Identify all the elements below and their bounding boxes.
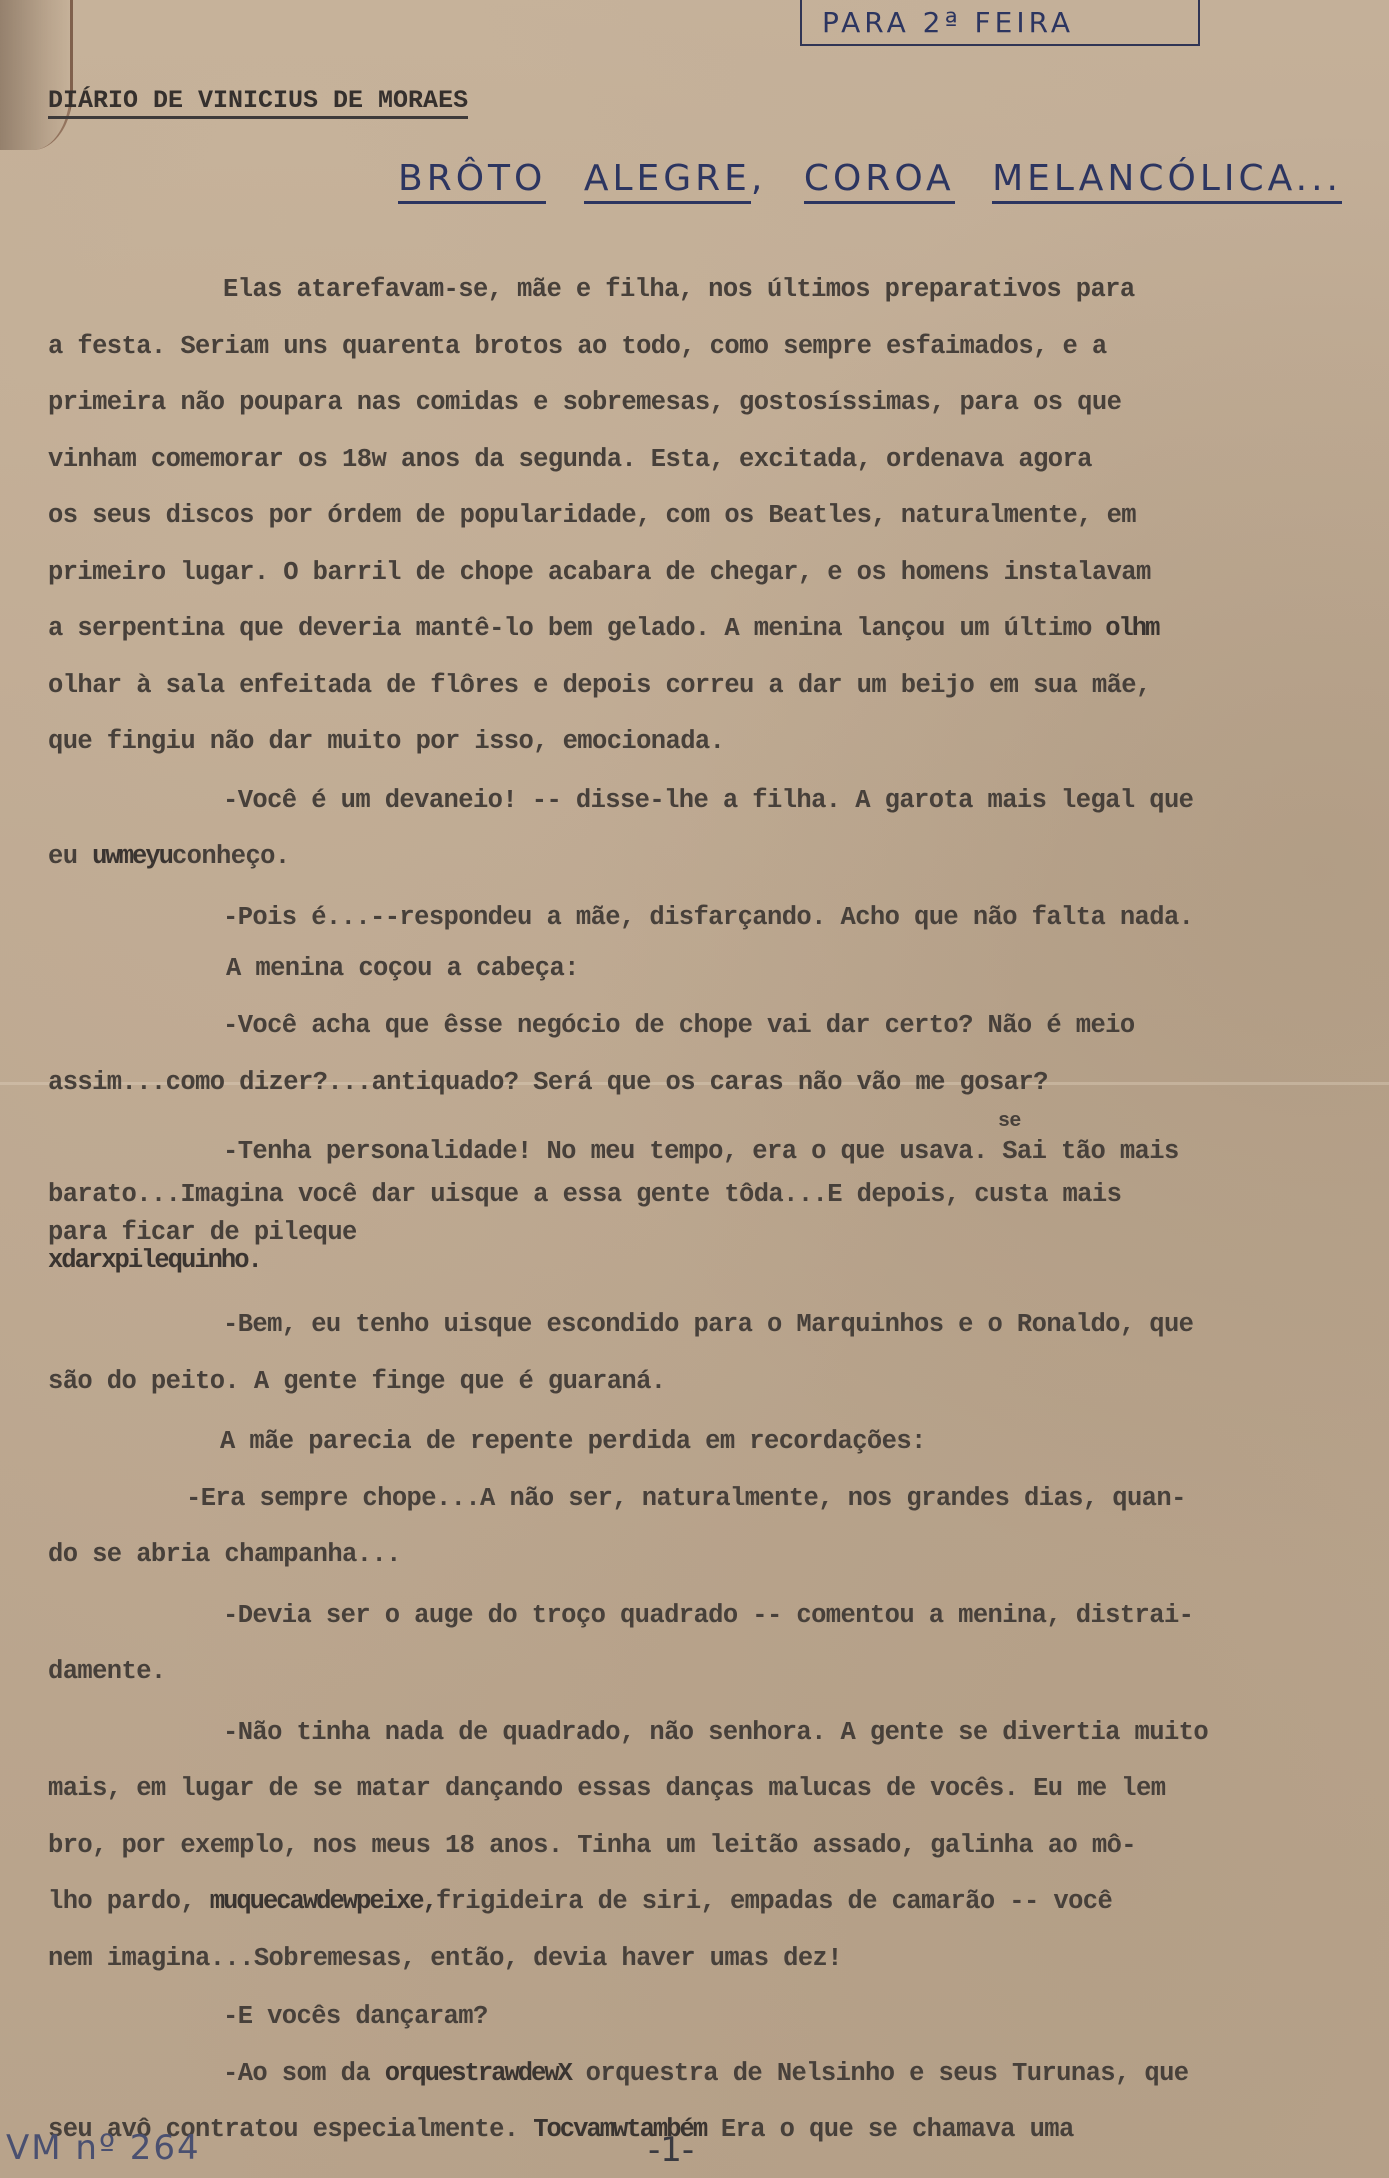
text-line: -Devia ser o auge do troço quadrado -- c…: [48, 1588, 1368, 1645]
text-line: primeira não poupara nas comidas e sobre…: [48, 375, 1368, 432]
text-line: -E vocês dançaram?: [48, 1989, 1368, 2046]
text-line: A menina coçou a cabeça:: [48, 946, 1368, 992]
headline-word: BRÔTO: [398, 158, 546, 204]
text-line: do se abria champanha...: [48, 1527, 1368, 1584]
text-line: que fingiu não dar muito por isso, emoci…: [48, 714, 1368, 771]
text-line: assim...como dizer?...antiquado? Será qu…: [48, 1055, 1368, 1112]
struck-out-text: orquestrawdewX: [385, 2059, 571, 2088]
struck-out-text: uwmeyu: [92, 842, 172, 871]
text-segment: lho pardo,: [48, 1887, 210, 1916]
text-line: primeiro lugar. O barril de chope acabar…: [48, 545, 1368, 602]
text-line: seu avô contratou especialmente. Tocvamw…: [48, 2102, 1368, 2159]
text-segment: conheço.: [172, 842, 290, 871]
struck-out-text: muquecawdewpeixe,: [210, 1887, 436, 1916]
text-line: os seus discos por órdem de popularidade…: [48, 488, 1368, 545]
text-line: -Ao som da orquestrawdewX orquestra de N…: [48, 2046, 1368, 2103]
text-line: -Você é um devaneio! -- disse-lhe a filh…: [48, 773, 1368, 830]
typewritten-manuscript-page: PARA 2ª FEIRA DIÁRIO DE VINICIUS DE MORA…: [0, 0, 1389, 2178]
text-line: nem imagina...Sobremesas, então, devia h…: [48, 1931, 1368, 1988]
text-line: vinham comemorar os 18w anos da segunda.…: [48, 432, 1368, 489]
text-line: olhar à sala enfeitada de flôres e depoi…: [48, 658, 1368, 715]
page-number: -1-: [648, 2130, 694, 2170]
text-line: eu uwmeyuconheço.: [48, 829, 1368, 886]
text-line: a festa. Seriam uns quarenta brotos ao t…: [48, 319, 1368, 376]
text-line: -Não tinha nada de quadrado, não senhora…: [48, 1705, 1368, 1762]
text-line: bro, por exemplo, nos meus 18 anos. Tinh…: [48, 1818, 1368, 1875]
text-line: mais, em lugar de se matar dançando essa…: [48, 1761, 1368, 1818]
headline: BRÔTO ALEGRE, COROA MELANCÓLICA...: [398, 158, 1364, 204]
text-line: Elas atarefavam-se, mãe e filha, nos últ…: [48, 262, 1368, 319]
headline-comma: ,: [751, 158, 766, 199]
handwritten-schedule-note: PARA 2ª FEIRA: [800, 0, 1200, 46]
schedule-note-text: PARA 2ª FEIRA: [822, 6, 1074, 39]
text-segment: eu: [48, 842, 92, 871]
text-segment: orquestra de Nelsinho e seus Turunas, qu…: [571, 2059, 1189, 2088]
article-body: Elas atarefavam-se, mãe e filha, nos últ…: [48, 262, 1368, 2159]
text-line: barato...Imagina você dar uisque a essa …: [48, 1171, 1368, 1219]
text-line: lho pardo, muquecawdewpeixe,frigideira d…: [48, 1874, 1368, 1931]
text-line: -Você acha que êsse negócio de chope vai…: [48, 998, 1368, 1055]
headline-word: COROA: [804, 158, 955, 204]
text-line: -Era sempre chope...A não ser, naturalme…: [48, 1471, 1368, 1528]
text-line: são do peito. A gente finge que é guaran…: [48, 1354, 1368, 1411]
struck-out-text: xdarxpilequinho.: [48, 1247, 1368, 1275]
text-line: a serpentina que deveria mantê-lo bem ge…: [48, 601, 1368, 658]
text-line: -Pois é...--respondeu a mãe, disfarçando…: [48, 890, 1368, 947]
headline-word: ALEGRE: [584, 158, 751, 204]
text-line: -Tenha personalidade! No meu tempo, era …: [48, 1133, 1368, 1171]
text-line: damente.: [48, 1644, 1368, 1701]
text-segment: frigideira de siri, empadas de camarão -…: [436, 1887, 1112, 1916]
text-line: para ficar de pileque: [48, 1219, 1368, 1247]
text-line: A mãe parecia de repente perdida em reco…: [48, 1414, 1368, 1471]
struck-out-text: olhm: [1092, 614, 1159, 643]
column-label: DIÁRIO DE VINICIUS DE MORAES: [48, 86, 468, 119]
text-segment: Era o que se chamava uma: [706, 2115, 1074, 2144]
text-segment: -Ao som da: [223, 2059, 385, 2088]
interlinear-correction: se: [48, 1111, 1368, 1133]
text-segment: a serpentina que deveria mantê-lo bem ge…: [48, 614, 1092, 643]
folded-stained-corner: [0, 0, 73, 150]
archive-reference-note: VM nº 264: [6, 2128, 201, 2168]
text-line: -Bem, eu tenho uisque escondido para o M…: [48, 1297, 1368, 1354]
headline-word: MELANCÓLICA...: [992, 158, 1342, 204]
